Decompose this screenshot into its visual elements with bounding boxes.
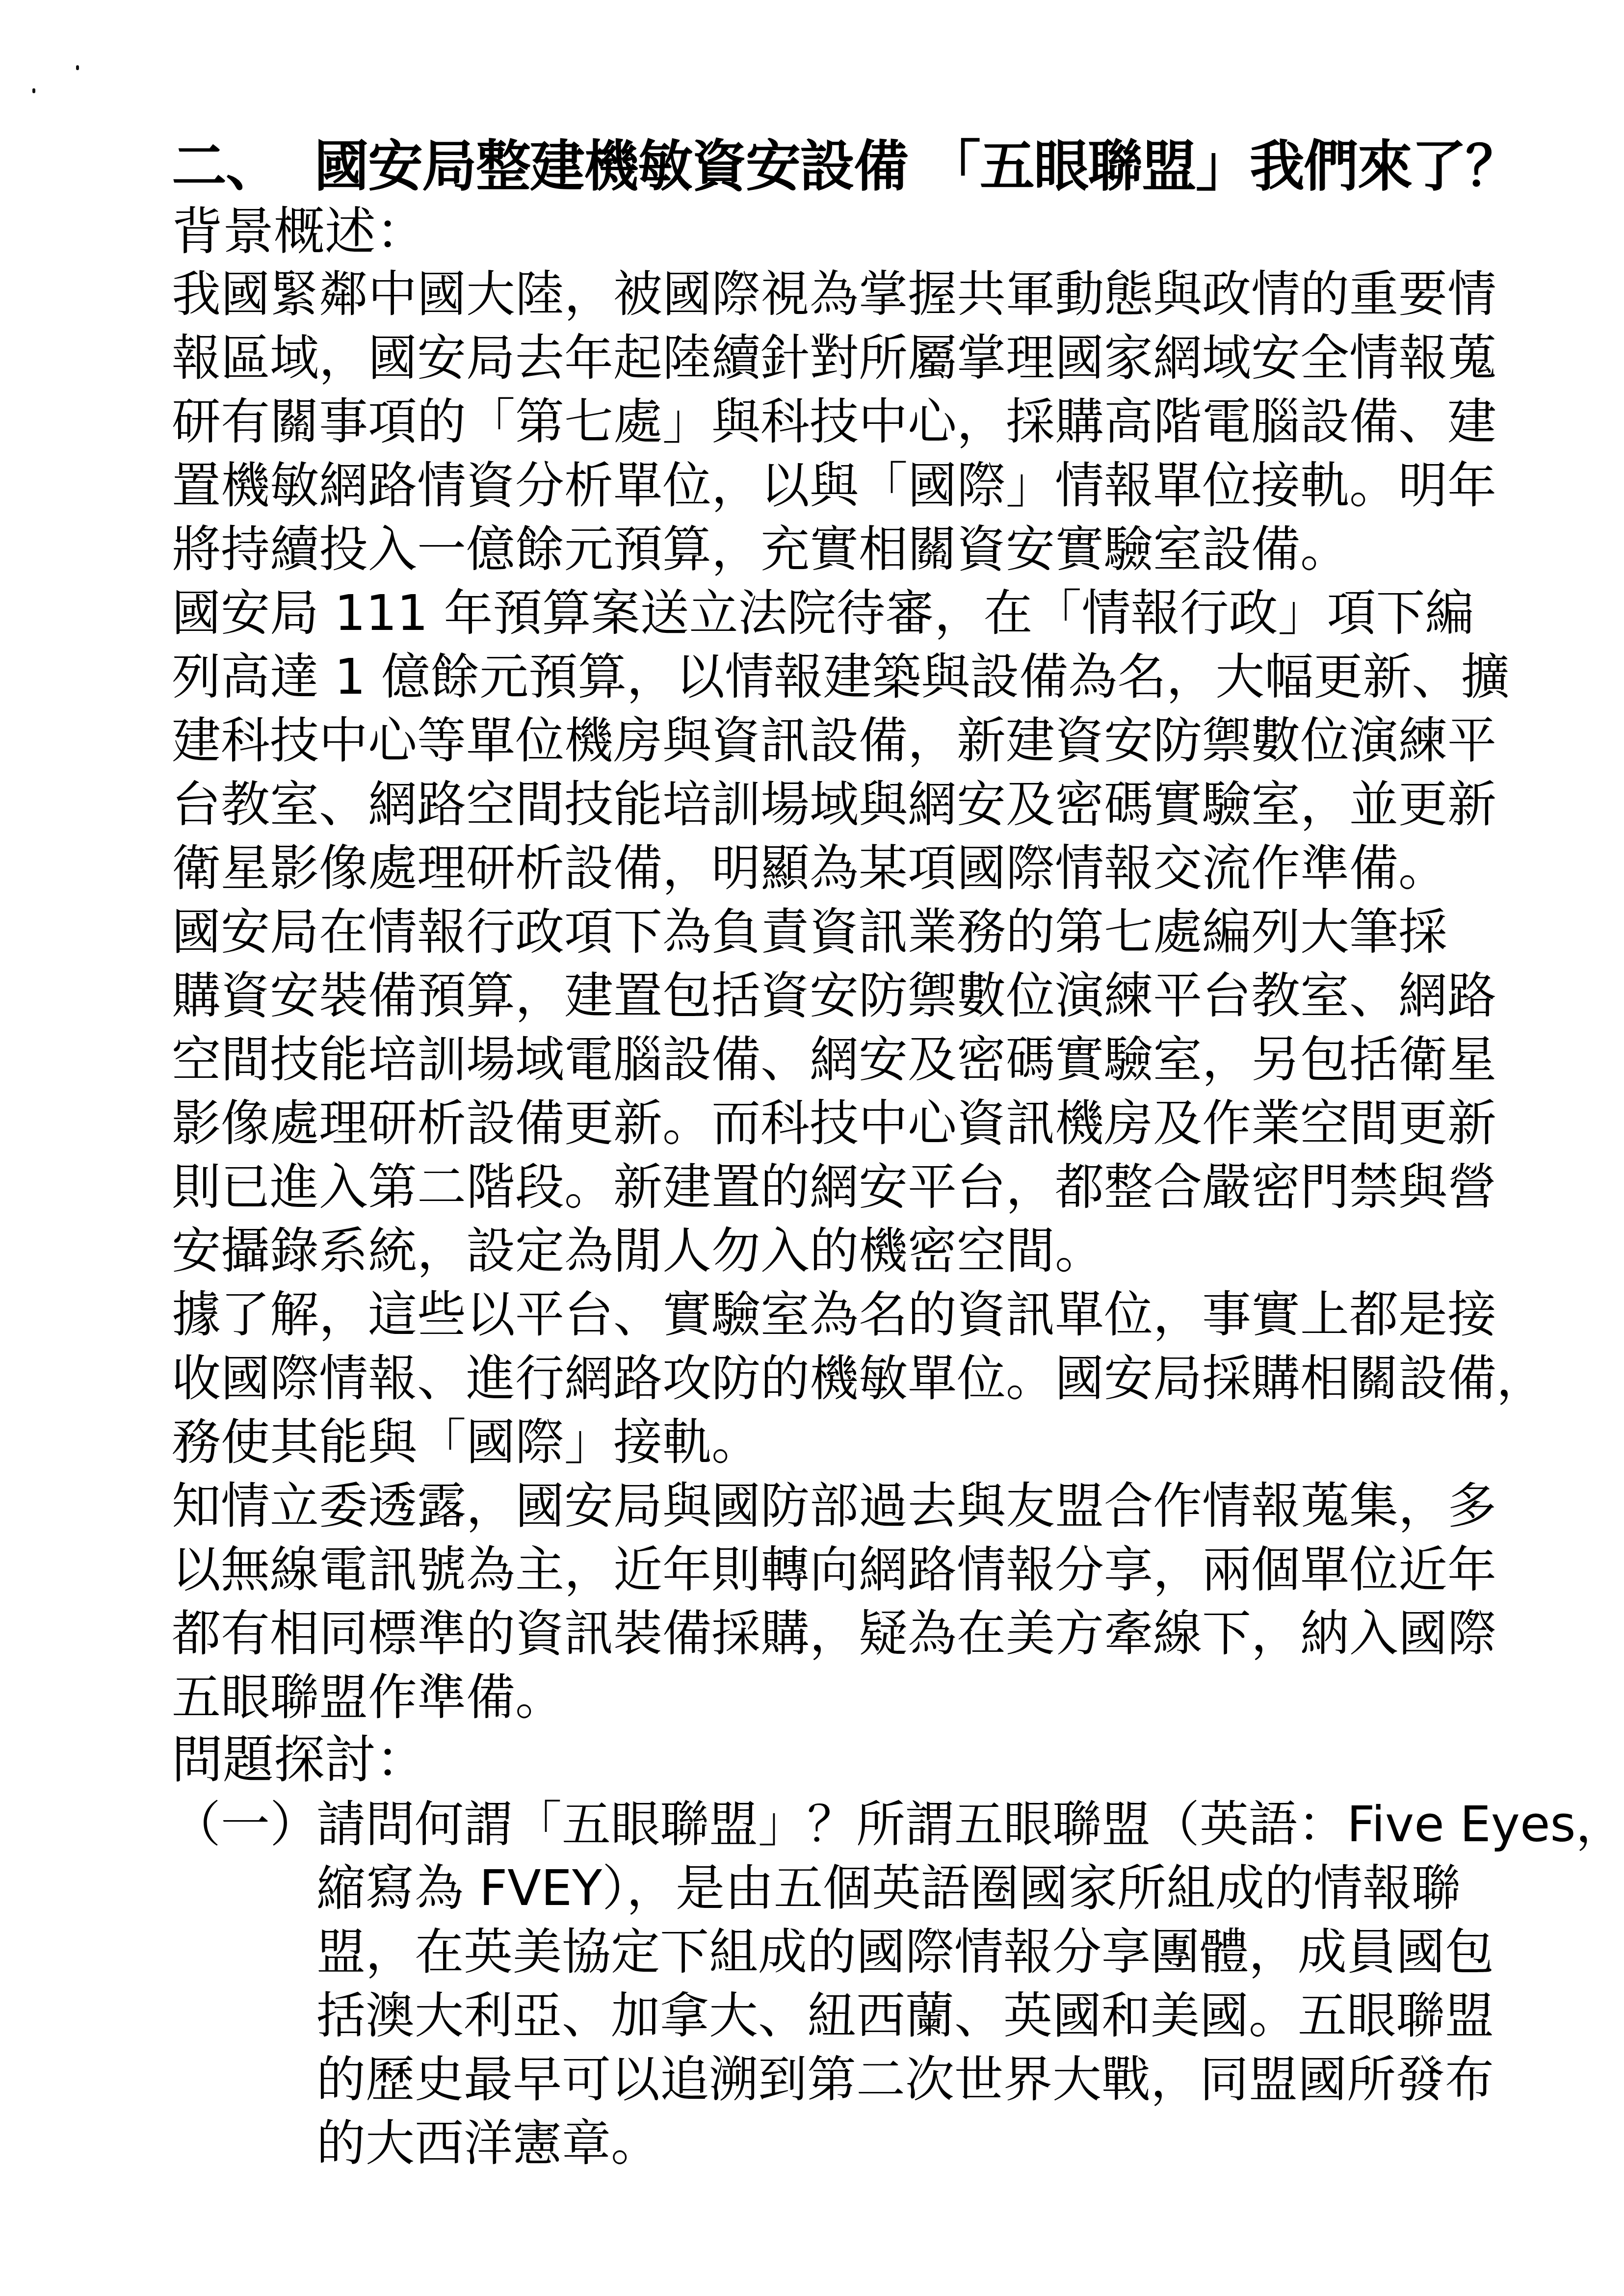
text-line: 置機敏網路情資分析單位，以與「國際」情報單位接軌。明年 [172, 454, 1506, 518]
question-body: 請問何謂「五眼聯盟」？所謂五眼聯盟（英語：Five Eyes， 縮寫為 FVEY… [316, 1793, 1514, 2175]
text-line: 台教室、網路空間技能培訓場域與網安及密碼實驗室，並更新 [172, 773, 1506, 836]
scan-speck [76, 65, 79, 70]
text-line: 都有相同標準的資訊裝備採購，疑為在美方牽線下，納入國際 [172, 1602, 1506, 1666]
text-line: 建科技中心等單位機房與資訊設備，新建資安防禦數位演練平 [172, 709, 1506, 773]
text-line: 列高達 1 億餘元預算，以情報建築與設備為名，大幅更新、擴 [172, 645, 1506, 709]
text-line: 國安局在情報行政項下為負責資訊業務的第七處編列大筆採 [172, 900, 1506, 964]
text-line: 收國際情報、進行網路攻防的機敏單位。國安局採購相關設備， [172, 1347, 1506, 1410]
scan-speck [32, 88, 35, 93]
text-line: 縮寫為 FVEY），是由五個英語圈國家所組成的情報聯 [316, 1856, 1514, 1920]
text-line: 將持續投入一億餘元預算，充實相關資安實驗室設備。 [172, 518, 1506, 581]
text-line: 的大西洋憲章。 [316, 2112, 1514, 2175]
text-line: 衛星影像處理研析設備，明顯為某項國際情報交流作準備。 [172, 836, 1506, 900]
text-line: 我國緊鄰中國大陸，被國際視為掌握共軍動態與政情的重要情 [172, 262, 1506, 326]
question-marker: （一） [172, 1793, 304, 1856]
text-line: 影像處理研析設備更新。而科技中心資訊機房及作業空間更新 [172, 1092, 1506, 1155]
text-line: 購資安裝備預算，建置包括資安防禦數位演練平台教室、網路 [172, 964, 1506, 1028]
text-line: 安攝錄系統，設定為閒人勿入的機密空間。 [172, 1219, 1506, 1283]
text-line: 括澳大利亞、加拿大、紐西蘭、英國和美國。五眼聯盟 [316, 1984, 1514, 2048]
question-item: （一） 請問何謂「五眼聯盟」？所謂五眼聯盟（英語：Five Eyes， 縮寫為 … [172, 1793, 1536, 2175]
text-line: 以無線電訊號為主，近年則轉向網路情報分享，兩個單位近年 [172, 1538, 1506, 1602]
text-line: 空間技能培訓場域電腦設備、網安及密碼實驗室，另包括衛星 [172, 1028, 1506, 1092]
text-line: 務使其能與「國際」接軌。 [172, 1410, 1506, 1474]
text-line: 則已進入第二階段。新建置的網安平台，都整合嚴密門禁與營 [172, 1155, 1506, 1219]
background-paragraph-2: 國安局 111 年預算案送立法院待審，在「情報行政」項下編 列高達 1 億餘元預… [172, 581, 1506, 900]
text-line: 知情立委透露，國安局與國防部過去與友盟合作情報蒐集，多 [172, 1474, 1506, 1538]
background-paragraph-3: 國安局在情報行政項下為負責資訊業務的第七處編列大筆採 購資安裝備預算，建置包括資… [172, 900, 1506, 1283]
background-heading: 背景概述： [172, 201, 1536, 262]
background-paragraph-1: 我國緊鄰中國大陸，被國際視為掌握共軍動態與政情的重要情 報區域，國安局去年起陸續… [172, 262, 1506, 581]
text-line: 請問何謂「五眼聯盟」？所謂五眼聯盟（英語：Five Eyes， [316, 1793, 1514, 1856]
issues-heading: 問題探討： [172, 1729, 1536, 1791]
text-line: 國安局 111 年預算案送立法院待審，在「情報行政」項下編 [172, 581, 1506, 645]
document-title: 二、國安局整建機敏資安設備 「五眼聯盟」我們來了？ [172, 132, 1536, 201]
text-line: 報區域，國安局去年起陸續針對所屬掌理國家網域安全情報蒐 [172, 326, 1506, 390]
title-text: 國安局整建機敏資安設備 「五眼聯盟」我們來了？ [314, 135, 1519, 199]
title-number: 二、 [172, 132, 314, 201]
document-page: 二、國安局整建機敏資安設備 「五眼聯盟」我們來了？ 背景概述： 我國緊鄰中國大陸… [172, 132, 1536, 2175]
text-line: 的歷史最早可以追溯到第二次世界大戰，同盟國所發布 [316, 2048, 1514, 2112]
text-line: 研有關事項的「第七處」與科技中心，採購高階電腦設備、建 [172, 390, 1506, 454]
text-line: 五眼聯盟作準備。 [172, 1666, 1506, 1729]
text-line: 據了解，這些以平台、實驗室為名的資訊單位，事實上都是接 [172, 1283, 1506, 1347]
background-paragraph-5: 知情立委透露，國安局與國防部過去與友盟合作情報蒐集，多 以無線電訊號為主，近年則… [172, 1474, 1506, 1729]
background-paragraph-4: 據了解，這些以平台、實驗室為名的資訊單位，事實上都是接 收國際情報、進行網路攻防… [172, 1283, 1506, 1474]
text-line: 盟，在英美協定下組成的國際情報分享團體，成員國包 [316, 1920, 1514, 1984]
